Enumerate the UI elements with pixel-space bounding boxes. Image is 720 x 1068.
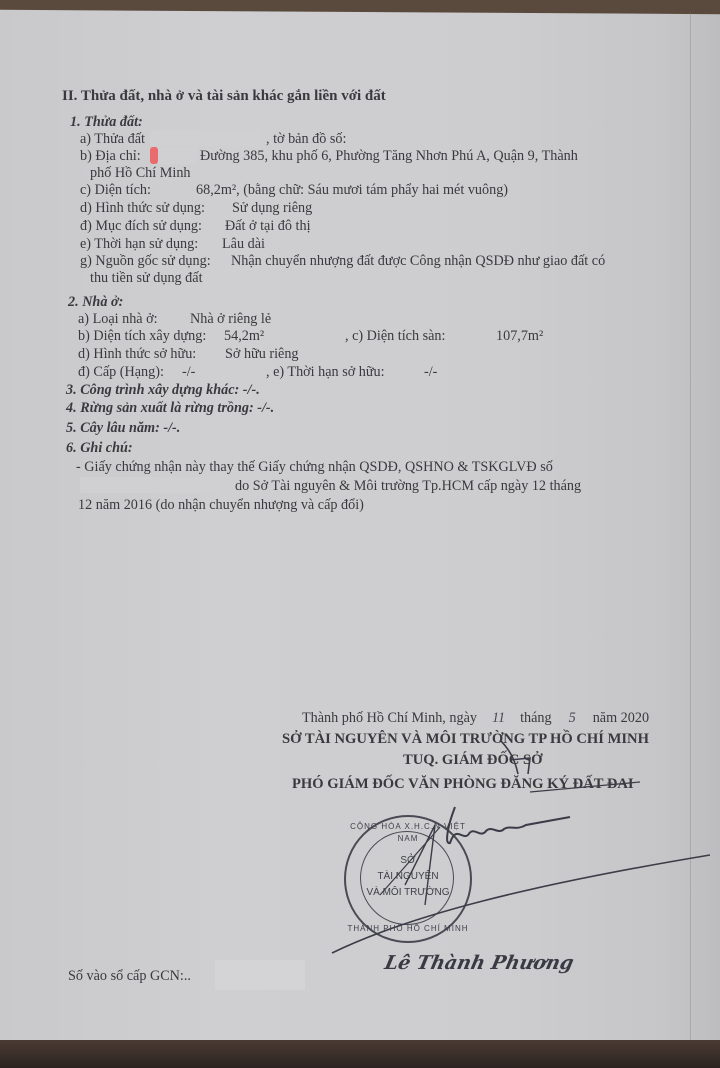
house-heading: 2. Nhà ở: bbox=[68, 294, 123, 310]
redaction-red-mark bbox=[150, 147, 158, 164]
land-use-form-value: Sử dụng riêng bbox=[232, 200, 312, 216]
house-floor-area-value: 107,7m² bbox=[496, 328, 543, 344]
land-origin-value-cont: thu tiền sử dụng đất bbox=[90, 270, 203, 286]
redacted-registry-number bbox=[215, 960, 305, 990]
notes-line-3: 12 năm 2016 (do nhận chuyển nhượng và cấ… bbox=[78, 497, 364, 513]
land-origin-label: g) Nguồn gốc sử dụng: bbox=[80, 253, 211, 269]
land-parcel-label: a) Thửa đất bbox=[80, 131, 145, 147]
land-area-label: c) Diện tích: bbox=[80, 182, 151, 198]
land-use-term-value: Lâu dài bbox=[222, 236, 265, 252]
house-floor-area-label: , c) Diện tích sàn: bbox=[345, 328, 445, 344]
perennial-trees: 5. Cây lâu năm: -/-. bbox=[66, 420, 180, 436]
production-forest: 4. Rừng sản xuất là rừng trồng: -/-. bbox=[66, 400, 274, 416]
signature-flourish bbox=[440, 730, 700, 800]
house-grade-value: -/- bbox=[182, 364, 195, 380]
issue-month-label: tháng bbox=[520, 710, 552, 726]
redacted-house-number bbox=[158, 147, 198, 164]
house-ownership-value: Sở hữu riêng bbox=[225, 346, 299, 362]
issue-date-prefix: Thành phố Hồ Chí Minh, ngày bbox=[302, 710, 477, 726]
redacted-parcel-number bbox=[150, 130, 260, 146]
land-address-value-cont: phố Hồ Chí Minh bbox=[90, 165, 191, 181]
handwritten-signature bbox=[330, 795, 720, 960]
land-use-form-label: d) Hình thức sử dụng: bbox=[80, 200, 205, 216]
house-ownership-term-label: , e) Thời hạn sở hữu: bbox=[266, 364, 385, 380]
house-grade-label: đ) Cấp (Hạng): bbox=[78, 364, 164, 380]
signer-name: Lê Thành Phương bbox=[383, 952, 576, 974]
notes-line-1: - Giấy chứng nhận này thay thế Giấy chứn… bbox=[76, 459, 553, 475]
house-built-area-label: b) Diện tích xây dựng: bbox=[78, 328, 206, 344]
house-ownership-label: d) Hình thức sở hữu: bbox=[78, 346, 196, 362]
land-heading: 1. Thửa đất: bbox=[70, 114, 143, 130]
issue-day: 11 bbox=[481, 710, 517, 726]
land-address-value: Đường 385, khu phố 6, Phường Tăng Nhơn P… bbox=[200, 148, 578, 164]
notes-heading: 6. Ghi chú: bbox=[66, 440, 133, 456]
house-built-area-value: 54,2m² bbox=[224, 328, 264, 344]
land-use-term-label: e) Thời hạn sử dụng: bbox=[80, 236, 198, 252]
background-surface bbox=[0, 1040, 720, 1068]
land-origin-value: Nhận chuyển nhượng đất được Công nhận QS… bbox=[231, 253, 605, 269]
house-type-label: a) Loại nhà ở: bbox=[78, 311, 158, 327]
house-type-value: Nhà ở riêng lẻ bbox=[190, 311, 271, 327]
land-use-purpose-label: đ) Mục đích sử dụng: bbox=[80, 218, 202, 234]
redacted-old-certificate-number bbox=[80, 477, 220, 493]
issue-year: 2020 bbox=[621, 710, 649, 726]
land-address-label: b) Địa chỉ: bbox=[80, 148, 141, 164]
issue-month: 5 bbox=[555, 710, 589, 726]
registry-number-label: Số vào sổ cấp GCN:.. bbox=[68, 968, 191, 984]
land-use-purpose-value: Đất ở tại đô thị bbox=[225, 218, 311, 234]
issue-date-line: Thành phố Hồ Chí Minh, ngày 11 tháng 5 n… bbox=[302, 710, 649, 726]
land-map-sheet-label: , tờ bản đồ số: bbox=[266, 131, 346, 147]
notes-line-2: do Sở Tài nguyên & Môi trường Tp.HCM cấp… bbox=[235, 478, 581, 494]
house-ownership-term-value: -/- bbox=[424, 364, 437, 380]
land-area-value: 68,2m², (bằng chữ: Sáu mươi tám phẩy hai… bbox=[196, 182, 508, 198]
other-works: 3. Công trình xây dựng khác: -/-. bbox=[66, 382, 260, 398]
issue-year-label: năm bbox=[593, 710, 617, 726]
section-title: II. Thửa đất, nhà ở và tài sản khác gắn … bbox=[62, 88, 386, 104]
